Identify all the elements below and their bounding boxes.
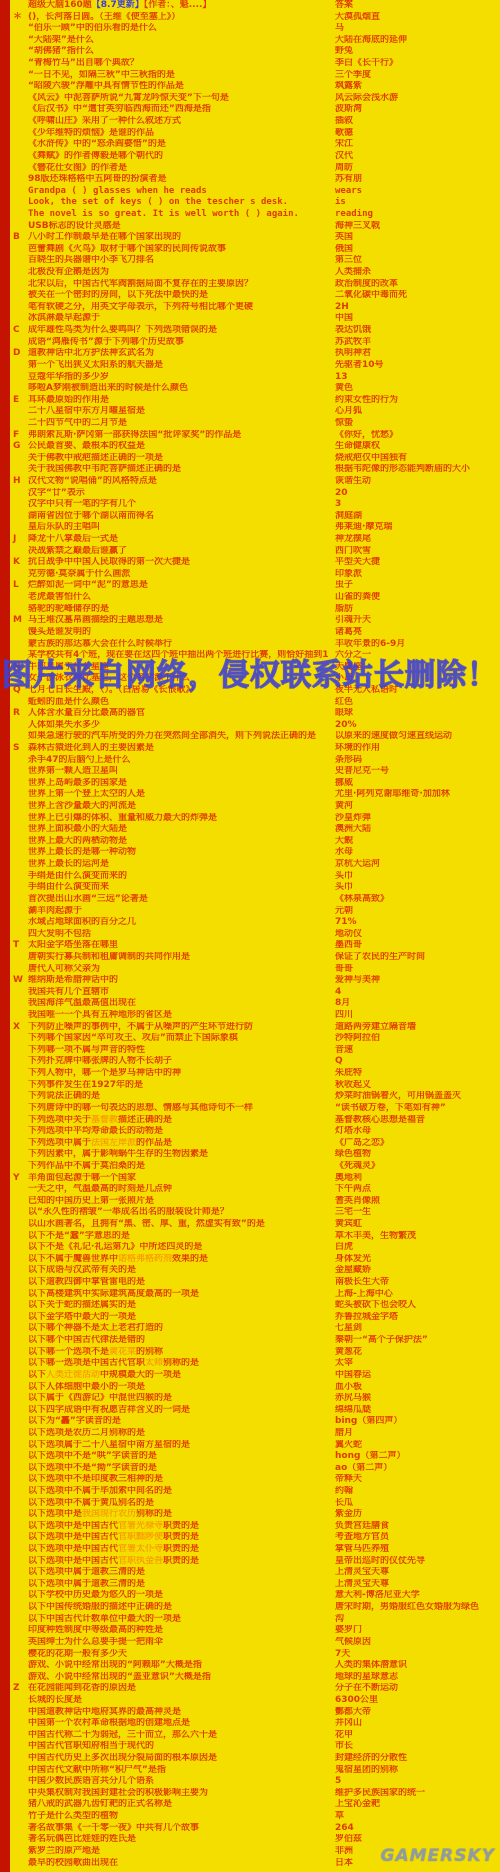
question-cell: 以下不属于魔兽世界中诺格弗格药剂效果的是 [28, 1254, 335, 1266]
answer-cell: 烧戒疤仅中国独有 [335, 453, 500, 465]
table-row: 游戏、小说中经常出现的“盖亚意识”大概是指地球的星球意志 [10, 1672, 500, 1684]
answer-cell: 绿色植物 [335, 1149, 500, 1161]
table-row: “青梅竹马”出自哪个典故？李白《长干行》 [10, 58, 500, 70]
section-marker: Z [10, 1683, 28, 1695]
table-row: 水域占地球面积的百分之几71% [10, 917, 500, 929]
table-row: 以下中国古代计数单位中最大的一项是沟 [10, 1614, 500, 1626]
table-row: 唐朝实行募兵制和租庸调制的共同作用是保证了农民的生产时间 [10, 952, 500, 964]
question-cell: 我国唯一一个具有五种地形的省区是 [28, 1010, 335, 1022]
section-marker [10, 290, 28, 302]
section-marker: L [10, 580, 28, 592]
question-cell: 女子游泳衣称比基尼，这个名字源于什么 [28, 673, 335, 685]
section-marker [10, 766, 28, 778]
question-cell: 成年雄性鸟类为什么要鸣叫？下列选项错误的是 [28, 325, 335, 337]
table-row: 下列事件发生在1927年的是秋收起义 [10, 1080, 500, 1092]
question-cell: 耳环最原始的作用是 [28, 395, 335, 407]
table-row: 世界上面积最小的大陆是澳洲大陆 [10, 824, 500, 836]
section-marker [10, 1416, 28, 1428]
section-marker [10, 1788, 28, 1800]
section-marker [10, 1289, 28, 1301]
question-cell: 《风云》中泥菩萨所说“九霄龙吟惊天变”下一句是 [28, 93, 335, 105]
table-row: 以下金字塔中最大的一项是乔鲁拉城金字塔 [10, 1312, 500, 1324]
table-row: 冰淇淋最早起源于中国 [10, 313, 500, 325]
table-row: 中国第一个农村革命根据地的创建地点是井冈山 [10, 1718, 500, 1730]
table-row: 我国唯一一个具有五种地形的省区是四川 [10, 1010, 500, 1022]
table-row: 世界上最大的两栖动物是大鲵 [10, 836, 500, 848]
section-marker [10, 1741, 28, 1753]
question-cell: 水域占地球面积的百分之几 [28, 917, 335, 929]
question-cell: 二十八星宿中东方月曜星宿是 [28, 406, 335, 418]
question-cell: 皇后乐队的主唱叫 [28, 522, 335, 534]
table-row: 中国古代历史上多次出现分裂局面的根本原因是封建经济的分散性 [10, 1753, 500, 1765]
answer-cell: 丰收年景的6-9月 [335, 639, 500, 651]
title-author: 【作者：、魁....】 [144, 0, 212, 10]
section-marker [10, 372, 28, 384]
answer-cell: 黄葱花 [335, 1347, 500, 1359]
question-cell: 以下哪一选项是中国古代官职太师别称的是 [28, 1358, 335, 1370]
question-cell: 牛郎星属于什么星座 [28, 662, 335, 674]
answer-cell: 引魂升天 [335, 615, 500, 627]
question-cell: 汉字中只有一笔的字有几个 [28, 499, 335, 511]
answer-cell: 头巾 [335, 882, 500, 894]
section-marker [10, 244, 28, 256]
section-marker [10, 1231, 28, 1243]
section-marker [10, 1765, 28, 1777]
answer-cell: 洞庭湖 [335, 511, 500, 523]
answer-cell: 印象派 [335, 569, 500, 581]
question-cell: 二十四节气中的二月节是 [28, 418, 335, 430]
question-cell: 汉字“廿”表示 [28, 488, 335, 500]
answer-cell: 政治制度的改革 [335, 279, 500, 291]
section-marker [10, 1846, 28, 1858]
table-row: 蒙古族的那达慕大会在什么时候举行丰收年景的6-9月 [10, 639, 500, 651]
section-marker [10, 987, 28, 999]
answer-cell: 头巾 [335, 871, 500, 883]
section-marker [10, 522, 28, 534]
section-marker [10, 1672, 28, 1684]
section-marker [10, 1335, 28, 1347]
table-row: 世界上岛屿最多的国家是挪威 [10, 778, 500, 790]
highlighted-term: 诺格弗格药剂 [118, 1254, 172, 1264]
table-row: 以下选项是农历二月别称的是腊月 [10, 1428, 500, 1440]
answer-cell: 井冈山 [335, 1718, 500, 1730]
table-row: 被关在一个密封的房间，以下死法中最快的是二氧化碳中毒而死 [10, 290, 500, 302]
section-marker: J [10, 534, 28, 546]
section-marker [10, 1312, 28, 1324]
table-row: 以下哪个中国古代律法是错的秦朝一“高个子保护法” [10, 1335, 500, 1347]
question-cell: 太阳金字塔坐落在哪里 [28, 940, 335, 952]
table-row: K抗日战争中中国人民取得的第一次大捷是平型关大捷 [10, 557, 500, 569]
question-cell: 下列哪个国家因“卒可攻王、攻后”而禁止下国际象棋 [28, 1033, 335, 1045]
section-marker [10, 1509, 28, 1521]
answer-cell: 飒露紫 [335, 81, 500, 93]
question-cell: 北宋以后，中国古代军阀割据局面不复存在的主要原因？ [28, 279, 335, 291]
table-row: USB标志的设计灵感是海神三叉戟 [10, 221, 500, 233]
answer-cell: 气候原因 [335, 1637, 500, 1649]
answer-cell: 汉代 [335, 151, 500, 163]
answer-cell: 非洲 [335, 1846, 500, 1858]
question-cell: 以下选项中不是印度教三相神的是 [28, 1474, 335, 1486]
table-row: 女子游泳衣称比基尼，这个名字源于什么小岛 [10, 673, 500, 685]
section-marker: X [10, 1022, 28, 1034]
answer-cell: 三个季度 [335, 70, 500, 82]
question-cell: 人体含水量百分比最高的器官 [28, 708, 335, 720]
table-row: 中央集权制对我国封建社会的积极影响主要为维护多民族国家的统一 [10, 1788, 500, 1800]
question-cell: 以下选项中是中国古代官署太仆寺职责的是 [28, 1544, 335, 1556]
table-row: 《簪花仕女图》的作者是周昉 [10, 163, 500, 175]
answer-cell: 环境的作用 [335, 743, 500, 755]
highlighted-term: 我国现行农历 [82, 1509, 136, 1519]
table-row: 以下人体细胞中最小的一项是血小板 [10, 1382, 500, 1394]
answer-cell: 3 [335, 499, 500, 511]
answer-cell: 耆英肖像照 [335, 1196, 500, 1208]
section-marker: K [10, 557, 28, 569]
question-cell: 以下选项是农历二月别称的是 [28, 1428, 335, 1440]
answer-cell: 哥哥 [335, 964, 500, 976]
section-marker [10, 1115, 28, 1127]
answer-cell: 天鹰座 [335, 662, 500, 674]
question-cell: 中国少数民族语言共分几个语系 [28, 1776, 335, 1788]
table-row: 以下为“靐”字读音的是bing（第四声） [10, 1416, 500, 1428]
answer-cell: 太宰 [335, 1358, 500, 1370]
table-row: 以下选项中不属于毕加索中间名的是约翰 [10, 1486, 500, 1498]
section-marker: R [10, 708, 28, 720]
section-marker [10, 859, 28, 871]
question-cell: 世界第一颗人造卫星叫 [28, 766, 335, 778]
question-cell: 如果急速行驶的汽车所受的外力在突然间全部消失，则下列说法正确的是 [28, 731, 335, 743]
table-row: 汉字“廿”表示20 [10, 488, 500, 500]
answer-cell: 夜半无人私语时 [335, 685, 500, 697]
question-cell: 著名故事集《一千零一夜》中共有几个故事 [28, 1823, 335, 1835]
table-row: 《呼啸山庄》采用了一种什么叙述方式插叙 [10, 116, 500, 128]
section-marker [10, 1579, 28, 1591]
section-marker: D [10, 348, 28, 360]
question-cell: 以下中国古代计数单位中最大的一项是 [28, 1614, 335, 1626]
section-marker: S [10, 743, 28, 755]
answer-cell: 赤尻马猴 [335, 1393, 500, 1405]
section-marker [10, 1590, 28, 1602]
table-row: 芭蕾舞剧《火鸟》取材于哪个国家的民间传说故事俄国 [10, 244, 500, 256]
answer-cell: Q [335, 1056, 500, 1068]
section-marker [10, 998, 28, 1010]
answer-cell: 黄宾虹 [335, 1219, 500, 1231]
answer-cell: 山雀的粪便 [335, 592, 500, 604]
section-marker [10, 23, 28, 35]
table-row: 关于我国佛教中韦陀菩萨描述正确的是根据韦陀像的形态能判断庙的大小 [10, 464, 500, 476]
question-cell: 手绢是由什么演变而来的 [28, 871, 335, 883]
table-row: 游戏、小说中经常出现的“阿赖耶”大概是指人类的集体潜意识 [10, 1660, 500, 1672]
section-marker: F [10, 430, 28, 442]
section-marker [10, 337, 28, 349]
table-row: 98版还珠格格中五阿哥的扮演者是苏有朋 [10, 174, 500, 186]
section-marker [10, 1045, 28, 1057]
section-marker [10, 1405, 28, 1417]
table-row: 四大发明不包括地动仪 [10, 929, 500, 941]
question-cell: “青梅竹马”出自哪个典故？ [28, 58, 335, 70]
table-row: B八小时工作制最早是在哪个国家出现的英国 [10, 232, 500, 244]
answer-cell: 苏武牧羊 [335, 337, 500, 349]
answer-cell: 野兔 [335, 46, 500, 58]
table-row: 以下选项中是中国古代官职黜陟使职责的是考查地方官员 [10, 1532, 500, 1544]
highlighted-term: 人类迁徙活动 [46, 1370, 100, 1380]
table-row: 哆啦A梦刚被制造出来的时候是什么颜色黄色 [10, 383, 500, 395]
answer-cell: 史普尼克一号 [335, 766, 500, 778]
question-cell: 成语“鸿雁传书”源于下列哪个历史故事 [28, 337, 335, 349]
section-marker: E [10, 395, 28, 407]
question-cell: 唐朝实行募兵制和租庸调制的共同作用是 [28, 952, 335, 964]
answer-cell: 以原来的速度做匀速直线运动 [335, 731, 500, 743]
question-cell: 豆蔻年华指的多少岁 [28, 372, 335, 384]
section-marker [10, 1660, 28, 1672]
answer-cell: 条形码 [335, 755, 500, 767]
table-row: 以下哪一选项是中国古代官职太师别称的是太宰 [10, 1358, 500, 1370]
section-marker [10, 592, 28, 604]
table-row: 馒头是谁发明的诸葛亮 [10, 627, 500, 639]
answer-cell: ao（第二声） [335, 1463, 500, 1475]
table-row: 著名故事集《一千零一夜》中共有几个故事264 [10, 1823, 500, 1835]
section-marker [10, 1277, 28, 1289]
table-row: 以下选项中属于道教三清的是上清灵宝天尊 [10, 1567, 500, 1579]
question-cell: 长城的长度是 [28, 1695, 335, 1707]
question-cell: 哆啦A梦刚被制造出来的时候是什么颜色 [28, 383, 335, 395]
section-marker [10, 1486, 28, 1498]
highlighted-term: 官署太仆寺 [118, 1544, 163, 1554]
answer-cell: 意大利-博洛尼亚大学 [335, 1590, 500, 1602]
answer-cell: 7天 [335, 1649, 500, 1661]
section-marker [10, 1428, 28, 1440]
qa-table: 超级大脑160题【8.7更新】【作者：、魁....】 答案 ＊()，长河落日圆。… [10, 0, 500, 1869]
answer-cell: 水母 [335, 847, 500, 859]
answer-cell: 四川 [335, 1010, 500, 1022]
question-cell: 著名玩偶芭比娃娃的姓氏是 [28, 1834, 335, 1846]
question-cell: 一天之中，气温最高的时刻是几点钟 [28, 1184, 335, 1196]
question-cell: 下列作品中不属于莫泊桑的是 [28, 1161, 335, 1173]
table-row: 《后汉书》中“遣甘英穷临西海而还”西海是指波斯湾 [10, 104, 500, 116]
section-marker [10, 1358, 28, 1370]
table-row: E耳环最原始的作用是约束女性的行为 [10, 395, 500, 407]
table-row: 以下选项中属于道教三清的是上清灵宝天尊 [10, 1579, 500, 1591]
table-row: 竹子是什么类型的植物草 [10, 1811, 500, 1823]
question-cell: 以下关于蛇的描述属实的是 [28, 1300, 335, 1312]
section-marker [10, 1730, 28, 1742]
answer-cell: 沙特阿拉伯 [335, 1033, 500, 1045]
question-cell: “大陆架”是什么 [28, 35, 335, 47]
answer-cell: 上宝沁金耙 [335, 1799, 500, 1811]
question-cell: 八小时工作制最早是在哪个国家出现的 [28, 232, 335, 244]
question-cell: 中国道教神话中地府冥界的最高神灵是 [28, 1707, 335, 1719]
section-marker [10, 906, 28, 918]
table-row: 骆驼的驼峰储存的是脂肪 [10, 604, 500, 616]
section-marker [10, 778, 28, 790]
question-cell: 以下成语与汉武帝有关的是 [28, 1265, 335, 1277]
section-marker [10, 1138, 28, 1150]
section-marker [10, 418, 28, 430]
question-cell: 以“永久性的褶皱”一举成名出名的服装设计师是？ [28, 1207, 335, 1219]
table-row: 以下选项中是中国古代官职执金吾职责的是皇帝出巡时的仪仗先导 [10, 1556, 500, 1568]
answer-cell: 2H [335, 302, 500, 314]
section-marker [10, 1080, 28, 1092]
question-cell: 下列唐诗中的哪一句表达的思想、情感与其他诗句不一样 [28, 1103, 335, 1115]
section-marker [10, 151, 28, 163]
table-row: 英国绅士为什么总要手提一把雨伞气候原因 [10, 1637, 500, 1649]
section-marker [10, 546, 28, 558]
table-row: 以下选项中不是印度教三相神的是帝释天 [10, 1474, 500, 1486]
section-marker [10, 1858, 28, 1870]
answer-cell: 20% [335, 720, 500, 732]
section-marker: C [10, 325, 28, 337]
answer-cell: 翼火蛇 [335, 1440, 500, 1452]
section-marker [10, 1498, 28, 1510]
question-cell: 七月七日长生殿，（）。（白居易《长恨歌》） [28, 685, 335, 697]
section-marker [10, 1254, 28, 1266]
answer-cell: 炒菜时油锅着火，可用锅盖盖灭 [335, 1091, 500, 1103]
question-cell: 骆驼的驼峰储存的是 [28, 604, 335, 616]
section-marker [10, 1532, 28, 1544]
table-row: “昭陵六骏”浮雕中具有情节性的作品是飒露紫 [10, 81, 500, 93]
section-marker [10, 1161, 28, 1173]
answer-cell: 挪威 [335, 778, 500, 790]
section-marker [10, 604, 28, 616]
table-row: 以下属于《西游记》中混世四猴的是赤尻马猴 [10, 1393, 500, 1405]
answer-cell: 《你好，忧愁》 [335, 430, 500, 442]
question-cell: 克劳德·莫奈属于什么画派 [28, 569, 335, 581]
question-cell: 中国古代历史上多次出现分裂局面的根本原因是 [28, 1753, 335, 1765]
section-marker [10, 70, 28, 82]
section-marker [10, 1149, 28, 1161]
question-cell: 《簪花仕女图》的作者是 [28, 163, 335, 175]
question-cell: 下列因素中，属于影响蜗牛生存的生物因素是 [28, 1149, 335, 1161]
question-cell: 决战紫禁之巅最后谁赢了 [28, 546, 335, 558]
section-marker: M [10, 615, 28, 627]
question-cell: 烂醉如泥一词中“泥”的意思是 [28, 580, 335, 592]
question-cell: 以下选项中不是“拗”字读音的是 [28, 1463, 335, 1475]
table-row: G公民最首要、最根本的权益是生命健康权 [10, 441, 500, 453]
table-row: 唐代人可称父亲为哥哥 [10, 964, 500, 976]
section-marker [10, 1382, 28, 1394]
answer-cell: 虫子 [335, 580, 500, 592]
table-row: 中国古代称二十为弱冠，三十而立，那么六十是花甲 [10, 1730, 500, 1742]
answer-cell: 草 [335, 1811, 500, 1823]
table-row: 以下不是“蠢”字意思的是草木丰美，生物繁茂 [10, 1231, 500, 1243]
answer-cell: 音速 [335, 1045, 500, 1057]
question-cell: 公民最首要、最根本的权益是 [28, 441, 335, 453]
question-cell: 以下人类迁徙活动中规模最大的一项是 [28, 1370, 335, 1382]
section-marker [10, 174, 28, 186]
table-row: C成年雄性鸟类为什么要鸣叫？下列选项错误的是表达饥饿 [10, 325, 500, 337]
table-row: “一日不见，如隔三秋”中三秋指的是三个季度 [10, 70, 500, 82]
highlighted-term: 黄花菜 [109, 1347, 136, 1357]
section-marker [10, 952, 28, 964]
answer-cell: 大陆在海底的延伸 [335, 35, 500, 47]
section-marker [10, 1799, 28, 1811]
section-marker [10, 139, 28, 151]
table-row: 以下不属于魔兽世界中诺格弗格药剂效果的是身体发光 [10, 1254, 500, 1266]
question-cell: “胡佛猪”指什么 [28, 46, 335, 58]
section-marker [10, 1300, 28, 1312]
answer-cell: 六分之一 [335, 650, 500, 662]
answer-cell: 沟 [335, 1614, 500, 1626]
table-row: 下列选项中平均寿命最长的动物是灯塔水母 [10, 1126, 500, 1138]
section-marker [10, 1707, 28, 1719]
section-marker [10, 964, 28, 976]
question-cell: 下列说法正确的是 [28, 1091, 335, 1103]
table-row: 手绢是由什么演变而来的头巾 [10, 871, 500, 883]
table-row: 以下哪个神器不是太上老君打造的七星剑 [10, 1323, 500, 1335]
answer-cell: 心月狐 [335, 406, 500, 418]
question-cell: 弗朗索瓦斯·萨冈第一部获得法国“批评家奖”的作品是 [28, 430, 335, 442]
question-cell: 森林古猿进化到人的主要因素是 [28, 743, 335, 755]
table-row: 以山水画著名，且拥有“黑、密、厚、重，然虚实有致”的是黄宾虹 [10, 1219, 500, 1231]
question-cell: 以下哪个神器不是太上老君打造的 [28, 1323, 335, 1335]
answer-cell: 维护多民族国家的统一 [335, 1788, 500, 1800]
answer-cell: 眼球 [335, 708, 500, 720]
question-cell: 下列防止噪声的事例中，不属于从噪声的产生环节进行防 [28, 1022, 335, 1034]
table-row: 世界上第一个登上太空的人是尤里·阿列克谢耶维奇·加加林 [10, 789, 500, 801]
answer-cell: 京杭大运河 [335, 859, 500, 871]
answer-cell: 白虎 [335, 1242, 500, 1254]
table-row: 以下人类迁徙活动中规模最大的一项是中国春运 [10, 1370, 500, 1382]
table-row: J降龙十八掌最后一式是神龙摆尾 [10, 534, 500, 546]
table-row: 《舞赋》的作者傅毅是哪个朝代的汉代 [10, 151, 500, 163]
question-cell: 游戏、小说中经常出现的“阿赖耶”大概是指 [28, 1660, 335, 1672]
section-marker [10, 1463, 28, 1475]
table-row: 涮羊肉起源于元朝 [10, 906, 500, 918]
section-marker [10, 128, 28, 140]
question-cell: 以下选项中是我国现行农历别称的是 [28, 1509, 335, 1521]
question-cell: 印度种姓制度中等级最高的种姓是 [28, 1625, 335, 1637]
answer-cell: 波斯湾 [335, 104, 500, 116]
highlighted-term: 官职黜陟使 [118, 1532, 163, 1542]
section-marker [10, 1567, 28, 1579]
answer-cell: 地球的星球意志 [335, 1672, 500, 1684]
answer-cell: 诸葛亮 [335, 627, 500, 639]
table-row: 下列哪一项不属与声音的特性音速 [10, 1045, 500, 1057]
answer-cell: 苏有朋 [335, 174, 500, 186]
question-cell: 樱花的花期一般有多少天 [28, 1649, 335, 1661]
question-cell: 以下不是《礼记·礼运第九》中所述四灵的是 [28, 1242, 335, 1254]
section-marker [10, 255, 28, 267]
section-marker [10, 1451, 28, 1463]
section-marker: ＊ [10, 12, 28, 24]
answer-cell: 乔鲁拉城金字塔 [335, 1312, 500, 1324]
section-marker [10, 1718, 28, 1730]
answer-cell: 周昉 [335, 163, 500, 175]
question-cell: 笔有软硬之分，用英文字母表示，下列符号相比哪个更硬 [28, 302, 335, 314]
question-cell: 第一个飞出狭义太阳系的航天器是 [28, 360, 335, 372]
question-cell: 世界上最长的是哪一种动物 [28, 847, 335, 859]
answer-cell: 大漠孤烟直 [335, 12, 500, 24]
section-marker [10, 1440, 28, 1452]
table-row: 如果急速行驶的汽车所受的外力在突然间全部消失，则下列说法正确的是以原来的速度做匀… [10, 731, 500, 743]
question-cell: 《呼啸山庄》采用了一种什么叙述方式 [28, 116, 335, 128]
answer-cell: 日本 [335, 1858, 500, 1870]
section-marker [10, 209, 28, 221]
question-cell: 以下选项中属于道教三清的是 [28, 1567, 335, 1579]
question-cell: 游戏、小说中经常出现的“盖亚意识”大概是指 [28, 1672, 335, 1684]
table-row: 克劳德·莫奈属于什么画派印象派 [10, 569, 500, 581]
table-row: 《少年维特的烦恼》是谁的作品歌德 [10, 128, 500, 140]
answer-cell: 表达饥饿 [335, 325, 500, 337]
table-row: S森林古猿进化到人的主要因素是环境的作用 [10, 743, 500, 755]
table-row: 以下中国传统婚服的描述中正确的是唐宋时期，男婚服红色女婚服为绿色 [10, 1602, 500, 1614]
section-marker [10, 35, 28, 47]
table-row: “胡佛猪”指什么野兔 [10, 46, 500, 58]
answer-cell: 英国 [335, 232, 500, 244]
question-cell: 中央集权制对我国封建社会的积极影响主要为 [28, 1788, 335, 1800]
section-marker: T [10, 940, 28, 952]
answer-cell: 诙谐生动 [335, 476, 500, 488]
question-cell: 关于佛教中戒疤描述正确的一项是 [28, 453, 335, 465]
